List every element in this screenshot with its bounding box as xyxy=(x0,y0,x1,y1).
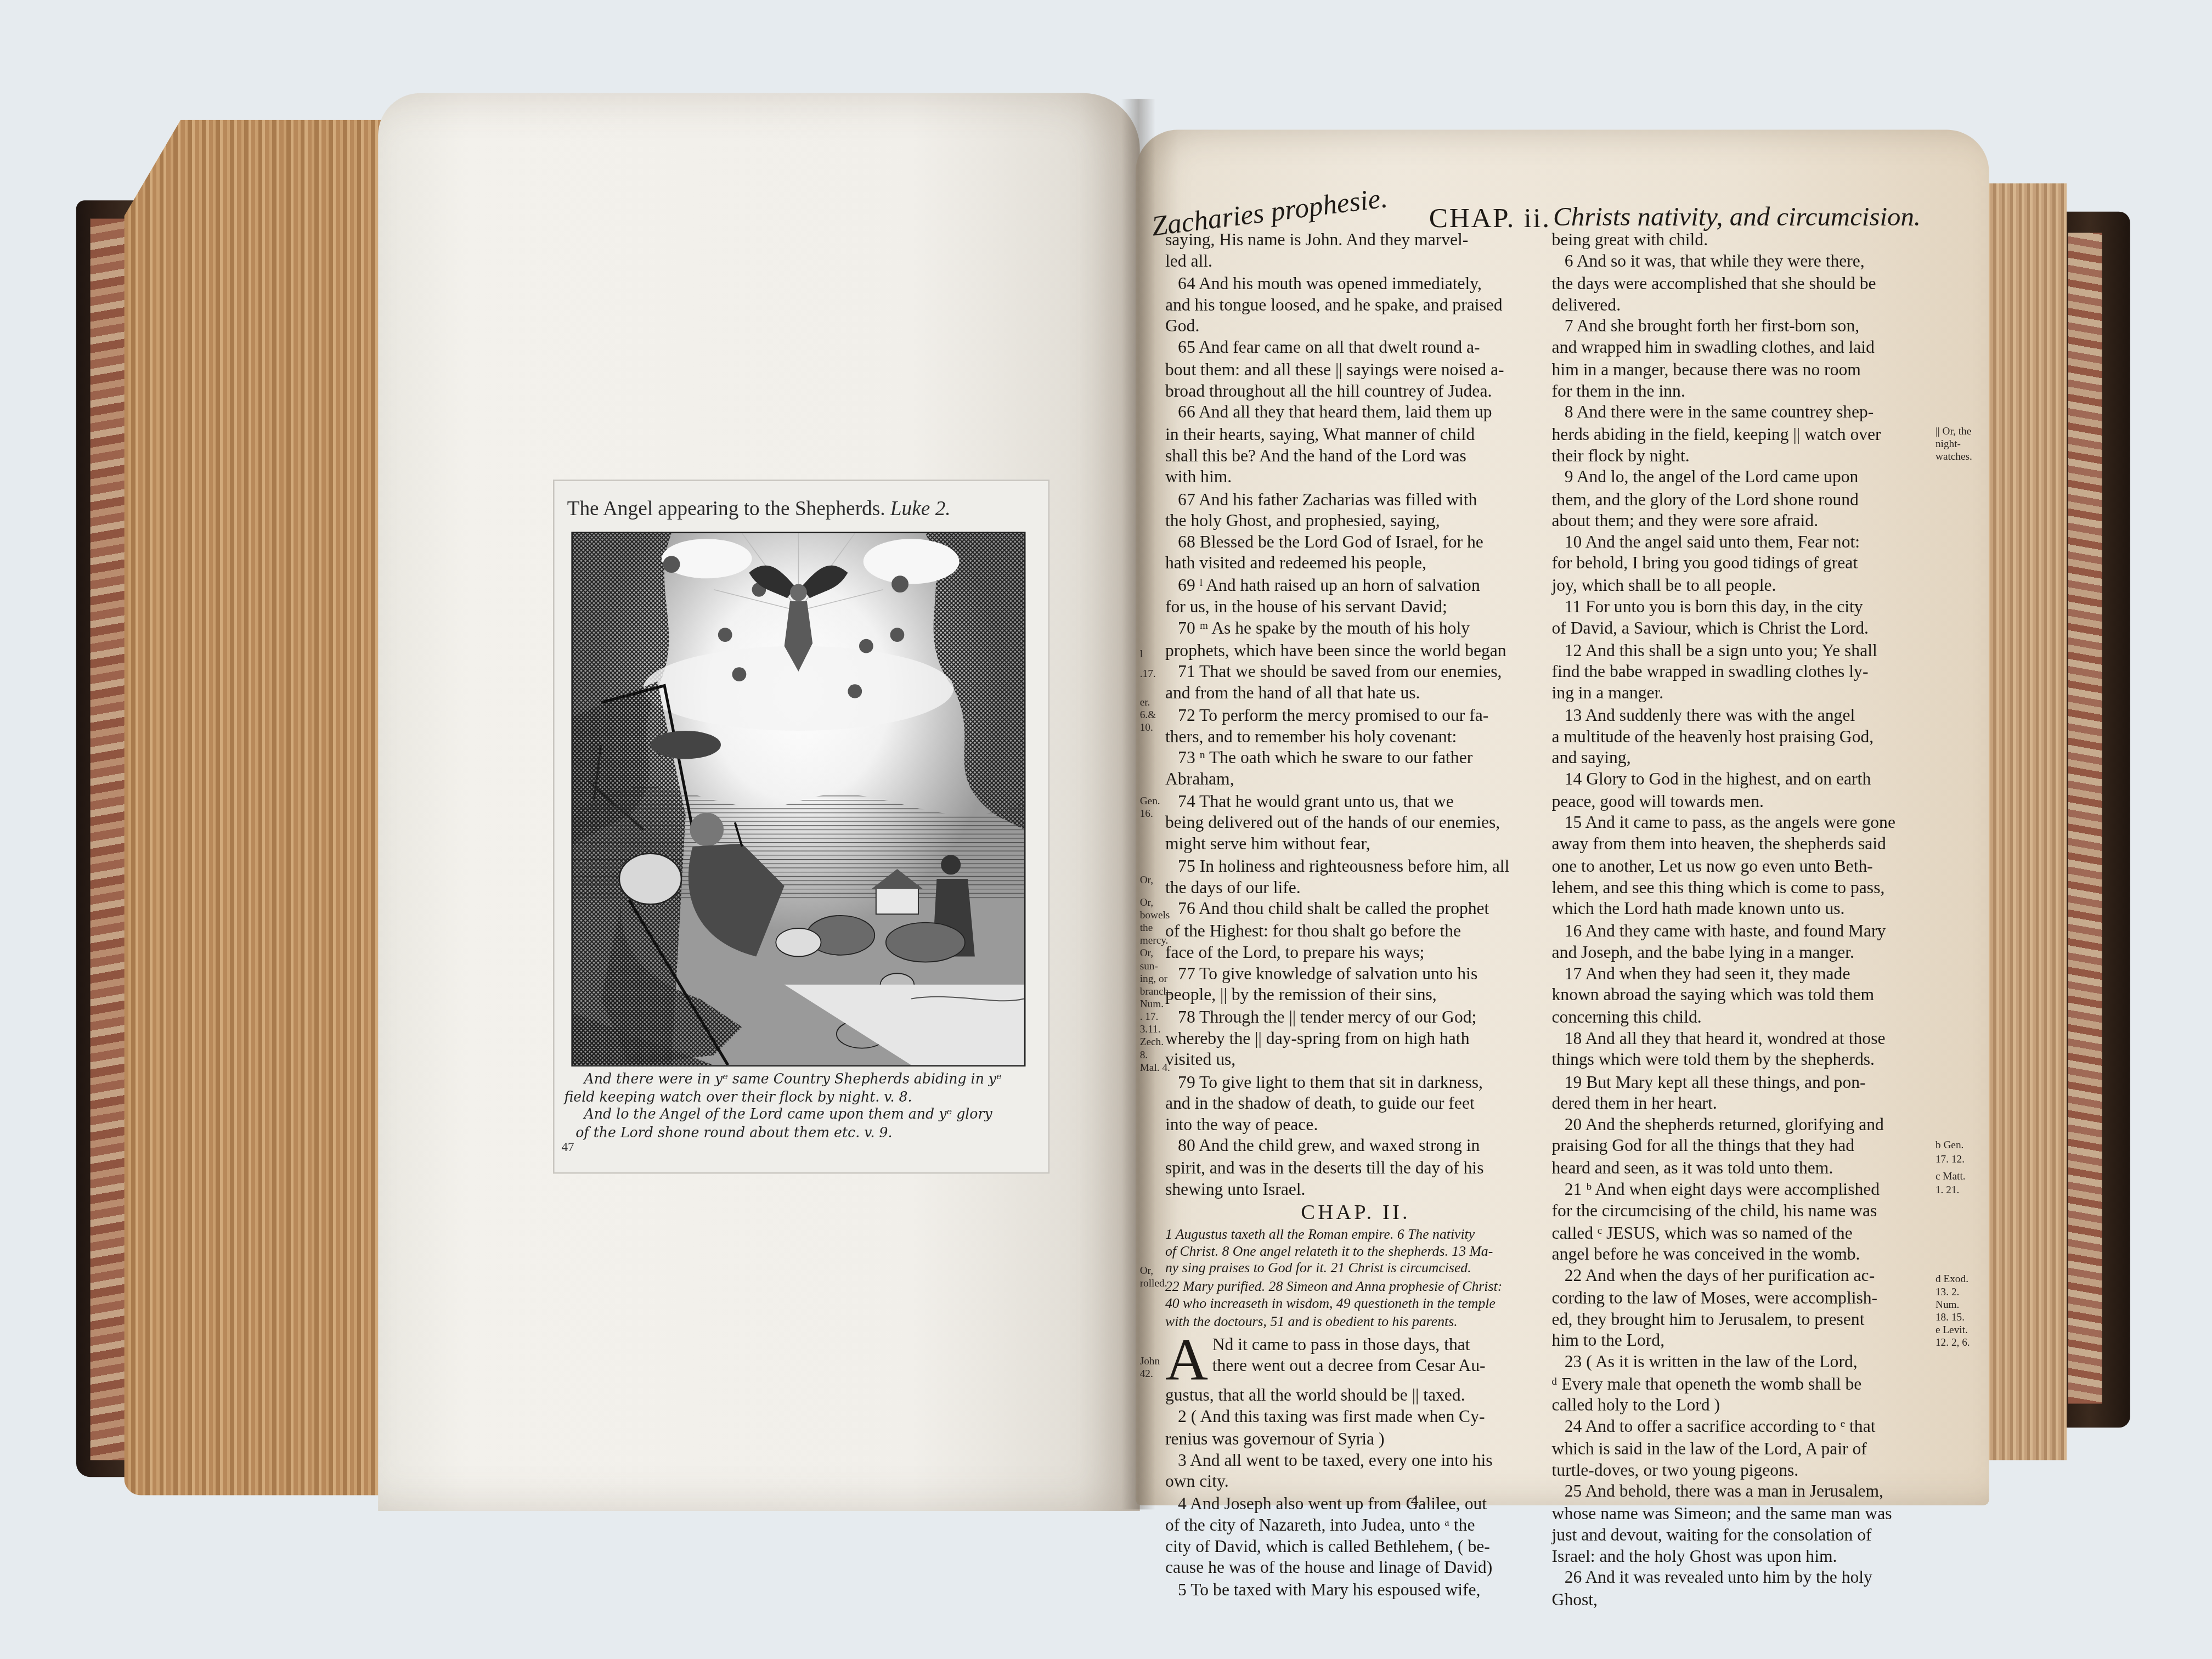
verse-line: broad throughout all the hill countrey o… xyxy=(1165,381,1546,402)
verse-line: saying, His name is John. And they marve… xyxy=(1165,230,1546,251)
summary-line: ny sing praises to God for it. 21 Christ… xyxy=(1165,1262,1546,1279)
plate-title: The Angel appearing to the Shepherds. Lu… xyxy=(567,498,1033,522)
verse-line: angel before he was conceived in the wom… xyxy=(1552,1244,1933,1266)
verse-line: ed, they brought him to Jerusalem, to pr… xyxy=(1552,1309,1933,1330)
margin-note: 10. xyxy=(1140,723,1153,735)
verses-luke-1-end: saying, His name is John. And they marve… xyxy=(1165,230,1546,1201)
margin-note: bowels xyxy=(1140,910,1170,922)
verse-line: delivered. xyxy=(1552,295,1933,316)
verse-line: known abroad the saying which was told t… xyxy=(1552,985,1933,1007)
verse-line: Israel: and the holy Ghost was upon him. xyxy=(1552,1547,1933,1568)
verse-line: them, and the glory of the Lord shone ro… xyxy=(1552,489,1933,510)
caption-line: field keeping watch over their flock by … xyxy=(565,1090,1037,1107)
verse-line: 21 ᵇ And when eight days were accomplish… xyxy=(1552,1180,1933,1201)
engraving-angel-appearing-to-shepherds xyxy=(571,532,1025,1066)
verse-line: 4 And Joseph also went up from Galilee, … xyxy=(1165,1493,1546,1515)
margin-note: . 17. xyxy=(1140,1012,1159,1024)
margin-note: Num. xyxy=(1936,1299,1959,1311)
verse-line: the holy Ghost, and prophesied, saying, xyxy=(1165,510,1546,532)
verse-line: 15 And it came to pass, as the angels we… xyxy=(1552,812,1933,834)
margin-note: Num. xyxy=(1140,999,1164,1011)
verse-line: and Joseph, and the babe lying in a mang… xyxy=(1552,942,1933,963)
caption-line: And lo the Angel of the Lord came upon t… xyxy=(565,1108,1037,1125)
engraving-illustration xyxy=(573,533,1024,1065)
margin-note: the xyxy=(1140,923,1153,935)
margin-note: Zech. xyxy=(1140,1037,1164,1049)
margin-note: ing, or xyxy=(1140,973,1167,985)
verse-line: of David, a Saviour, which is Christ the… xyxy=(1552,618,1933,640)
verse-line: spirit, and was in the deserts till the … xyxy=(1165,1158,1546,1180)
verse-line: there went out a decree from Cesar Au- xyxy=(1165,1356,1546,1378)
verse-line: into the way of peace. xyxy=(1165,1115,1546,1136)
margin-note: Or, xyxy=(1140,874,1153,887)
margin-note: mercy. xyxy=(1140,935,1169,947)
text-column-left: saying, His name is John. And they marve… xyxy=(1165,230,1546,1601)
margin-note: e Levit. xyxy=(1936,1325,1968,1337)
verse-line: ing in a manger. xyxy=(1552,683,1933,704)
verse-line: 8 And there were in the same countrey sh… xyxy=(1552,403,1933,424)
margin-note: night- xyxy=(1936,439,1961,451)
verse-line: for behold, I bring you good tidings of … xyxy=(1552,554,1933,575)
verse-line: 10 And the angel said unto them, Fear no… xyxy=(1552,532,1933,554)
verse-line: 71 That we should be saved from our enem… xyxy=(1165,662,1546,683)
page-number: 4 xyxy=(1410,1493,1418,1510)
verse-line: 65 And fear came on all that dwelt round… xyxy=(1165,338,1546,359)
verse-line: in their hearts, saying, What manner of … xyxy=(1165,424,1546,445)
verse-line: herds abiding in the field, keeping || w… xyxy=(1552,424,1933,445)
verse-line: bout them: and all these || sayings were… xyxy=(1165,359,1546,381)
verse-line: which is said in the law of the Lord, A … xyxy=(1552,1438,1933,1460)
verse-line: 6 And so it was, that while they were th… xyxy=(1552,251,1933,273)
verse-line: about them; and they were sore afraid. xyxy=(1552,510,1933,532)
verse-line: 2 ( And this taxing was first made when … xyxy=(1165,1407,1546,1429)
verse-line: Nd it came to pass in those days, that xyxy=(1165,1335,1546,1356)
verse-line: find the babe wrapped in swadling clothe… xyxy=(1552,662,1933,683)
verse-line: and from the hand of all that hate us. xyxy=(1165,683,1546,704)
verse-line: heard and seen, as it was told unto them… xyxy=(1552,1158,1933,1180)
verse-line: gustus, that all the world should be || … xyxy=(1165,1385,1546,1407)
verse-line: 78 Through the || tender mercy of our Go… xyxy=(1165,1007,1546,1028)
margin-note: Or, xyxy=(1140,897,1153,909)
summary-line: of Christ. 8 One angel relateth it to th… xyxy=(1165,1244,1546,1262)
verse-line: 74 That he would grant unto us, that we xyxy=(1165,791,1546,812)
verse-line: 23 ( As it is written in the law of the … xyxy=(1552,1352,1933,1374)
verses-luke-2-cont: being great with child.6 And so it was, … xyxy=(1552,230,1933,1611)
verse-line: 13 And suddenly there was with the angel xyxy=(1552,704,1933,726)
verse-line: peace, good will towards men. xyxy=(1552,791,1933,812)
margin-note: 17. 12. xyxy=(1936,1154,1965,1166)
margin-note: 16. xyxy=(1140,808,1153,820)
verse-line: turtle-doves, or two young pigeons. xyxy=(1552,1460,1933,1481)
verse-line: 66 And all they that heard them, laid th… xyxy=(1165,403,1546,424)
verse-line: for the circumcising of the child, his n… xyxy=(1552,1201,1933,1222)
verse-line: the days of our life. xyxy=(1165,877,1546,899)
margin-note: er. xyxy=(1140,697,1150,709)
verse-line: a multitude of the heavenly host praisin… xyxy=(1552,726,1933,748)
verse-line: might serve him without fear, xyxy=(1165,834,1546,856)
verse-line: 14 Glory to God in the highest, and on e… xyxy=(1552,769,1933,791)
verse-line: and his tongue loosed, and he spake, and… xyxy=(1165,295,1546,316)
verse-line: 18 And all they that heard it, wondred a… xyxy=(1552,1029,1933,1050)
chapter-heading: CHAP. II. xyxy=(1165,1201,1546,1227)
verse-line: 73 ⁿ The oath which he sware to our fath… xyxy=(1165,748,1546,769)
verse-line: God. xyxy=(1165,316,1546,337)
verse-line: him to the Lord, xyxy=(1552,1330,1933,1352)
verse-line: 79 To give light to them that sit in dar… xyxy=(1165,1071,1546,1093)
verse-line: 11 For unto you is born this day, in the… xyxy=(1552,597,1933,618)
margin-note: Gen. xyxy=(1140,795,1160,808)
verse-line: whose name was Simeon; and the same man … xyxy=(1552,1503,1933,1525)
verses-luke-2-start: gustus, that all the world should be || … xyxy=(1165,1385,1546,1601)
margin-note: 8. xyxy=(1140,1049,1148,1062)
verse-line: 25 And behold, there was a man in Jerusa… xyxy=(1552,1482,1933,1503)
verse-line: lehem, and see this thing which is come … xyxy=(1552,877,1933,899)
verse-line: renius was governour of Syria ) xyxy=(1165,1429,1546,1450)
verse-line: which the Lord hath made known unto us. xyxy=(1552,899,1933,921)
verse-line: and wrapped him in swadling clothes, and… xyxy=(1552,338,1933,359)
margin-note: branch. xyxy=(1140,986,1171,998)
verse-line: 72 To perform the mercy promised to our … xyxy=(1165,704,1546,726)
verse-line: just and devout, waiting for the consola… xyxy=(1552,1525,1933,1546)
verse-line: him in a manger, because there was no ro… xyxy=(1552,359,1933,381)
verse-line: led all. xyxy=(1165,251,1546,273)
margin-note: l xyxy=(1140,649,1143,661)
text-column-right: being great with child.6 And so it was, … xyxy=(1552,230,1933,1611)
verse-line: 80 And the child grew, and waxed strong … xyxy=(1165,1136,1546,1158)
verse-line: Ghost, xyxy=(1552,1589,1933,1611)
verse-line: 76 And thou child shalt be called the pr… xyxy=(1165,899,1546,921)
verse-line: 20 And the shepherds returned, glorifyin… xyxy=(1552,1115,1933,1136)
verse-line: ᵈ Every male that openeth the womb shall… xyxy=(1552,1374,1933,1395)
verse-line: praising God for all the things that the… xyxy=(1552,1136,1933,1158)
book-photo: The Angel appearing to the Shepherds. Lu… xyxy=(0,0,2212,1659)
page-block-fore-edge-left xyxy=(124,120,381,1496)
verse-line: for them in the inn. xyxy=(1552,381,1933,402)
verse-line: shall this be? And the hand of the Lord … xyxy=(1165,445,1546,467)
verse-line: Abraham, xyxy=(1165,769,1546,791)
marbled-endpaper-right xyxy=(2068,233,2102,1403)
margin-note: 18. 15. xyxy=(1936,1312,1965,1324)
verse-line: away from them into heaven, the shepherd… xyxy=(1552,834,1933,856)
verse-line: 69 ˡ And hath raised up an horn of salva… xyxy=(1165,575,1546,596)
verse-line: being great with child. xyxy=(1552,230,1933,251)
page-block-fore-edge-right xyxy=(1982,183,2067,1460)
summary-line: 40 who increaseth in wisdom, 49 question… xyxy=(1165,1297,1546,1314)
verse-line: for us, in the house of his servant Davi… xyxy=(1165,597,1546,618)
verse-line: with him. xyxy=(1165,467,1546,489)
verse-line: joy, which shall be to all people. xyxy=(1552,575,1933,596)
verse-line: being delivered out of the hands of our … xyxy=(1165,812,1546,834)
verse-line: called ᶜ JESUS, which was so named of th… xyxy=(1552,1223,1933,1244)
margin-note: 42. xyxy=(1140,1368,1153,1380)
verse-line: hath visited and redeemed his people, xyxy=(1165,554,1546,575)
margin-note: || Or, the xyxy=(1936,426,1971,438)
verse-line: cause he was of the house and linage of … xyxy=(1165,1558,1546,1579)
verse-line: visited us, xyxy=(1165,1050,1546,1071)
verse-line: city of David, which is called Bethlehem… xyxy=(1165,1537,1546,1558)
verse-line: cording to the law of Moses, were accomp… xyxy=(1552,1288,1933,1309)
margin-note: Or, xyxy=(1140,948,1153,960)
verse-line: 77 To give knowledge of salvation unto h… xyxy=(1165,964,1546,985)
caption-line: of the Lord shone round about them etc. … xyxy=(565,1125,1037,1143)
verse-line: 5 To be taxed with Mary his espoused wif… xyxy=(1165,1579,1546,1601)
margin-note: b Gen. xyxy=(1936,1140,1963,1152)
margin-note: 6.& xyxy=(1140,709,1156,721)
verse-line: their flock by night. xyxy=(1552,445,1933,467)
verse-line: thers, and to remember his holy covenant… xyxy=(1165,726,1546,748)
caption-line: And there were in yᵉ same Country Shephe… xyxy=(565,1072,1037,1090)
verse-line: 26 And it was revealed unto him by the h… xyxy=(1552,1568,1933,1589)
verse-line: called holy to the Lord ) xyxy=(1552,1395,1933,1417)
verse-line: 19 But Mary kept all these things, and p… xyxy=(1552,1071,1933,1093)
verse-line: people, || by the remission of their sin… xyxy=(1165,985,1546,1007)
verse-line: 12 And this shall be a sign unto you; Ye… xyxy=(1552,640,1933,661)
margin-note: 13. 2. xyxy=(1936,1286,1959,1299)
margin-note: 12. 2, 6. xyxy=(1936,1338,1970,1350)
verse-line: of the Highest: for thou shalt go before… xyxy=(1165,921,1546,942)
verse-line: one to another, Let us now go even unto … xyxy=(1552,856,1933,877)
chapter-opening: A Nd it came to pass in those days, that… xyxy=(1165,1335,1546,1378)
verse-line: 75 In holiness and righteousness before … xyxy=(1165,856,1546,877)
verse-line: 7 And she brought forth her first-born s… xyxy=(1552,316,1933,337)
verse-line: 9 And lo, the angel of the Lord came upo… xyxy=(1552,467,1933,489)
plate-number: 47 xyxy=(561,1140,574,1154)
verse-line: dered them in her heart. xyxy=(1552,1093,1933,1115)
summary-line: with the doctours, 51 and is obedient to… xyxy=(1165,1314,1546,1332)
chapter-summary: 1 Augustus taxeth all the Roman empire. … xyxy=(1165,1227,1546,1331)
margin-note: John xyxy=(1140,1356,1160,1368)
verse-line: the days were accomplished that she shou… xyxy=(1552,273,1933,295)
verse-line: 64 And his mouth was opened immediately, xyxy=(1165,273,1546,295)
verse-line: 22 And when the days of her purification… xyxy=(1552,1266,1933,1287)
verse-line: whereby the || day-spring from on high h… xyxy=(1165,1029,1546,1050)
margin-note: c Matt. xyxy=(1936,1171,1966,1183)
summary-line: 22 Mary purified. 28 Simeon and Anna pro… xyxy=(1165,1279,1546,1297)
verse-line: 17 And when they had seen it, they made xyxy=(1552,964,1933,985)
verse-line: prophets, which have been since the worl… xyxy=(1165,640,1546,661)
verse-line: shewing unto Israel. xyxy=(1165,1180,1546,1201)
drop-cap: A xyxy=(1165,1338,1208,1385)
margin-note: Mal. 4. xyxy=(1140,1062,1170,1074)
plate-caption: And there were in yᵉ same Country Shephe… xyxy=(565,1072,1037,1143)
plate-title-text: The Angel appearing to the Shepherds. xyxy=(567,498,885,521)
margin-note: Or, xyxy=(1140,1266,1153,1278)
verse-line: 67 And his father Zacharias was filled w… xyxy=(1165,489,1546,510)
verse-line: and saying, xyxy=(1552,748,1933,769)
verse-line: own city. xyxy=(1165,1472,1546,1493)
marbled-endpaper-left xyxy=(91,219,130,1460)
margin-note: sun- xyxy=(1140,961,1158,973)
margin-note: rolled. xyxy=(1140,1278,1167,1290)
verse-line: 70 ᵐ As he spake by the mouth of his hol… xyxy=(1165,618,1546,640)
margin-note: 1. 21. xyxy=(1936,1185,1959,1197)
verse-line: concerning this child. xyxy=(1552,1007,1933,1028)
verse-line: 24 And to offer a sacrifice according to… xyxy=(1552,1417,1933,1438)
summary-line: 1 Augustus taxeth all the Roman empire. … xyxy=(1165,1227,1546,1244)
verse-line: 16 And they came with haste, and found M… xyxy=(1552,921,1933,942)
plate-title-reference: Luke 2. xyxy=(890,498,951,521)
verse-line: of the city of Nazareth, into Judea, unt… xyxy=(1165,1515,1546,1536)
verse-line: and in the shadow of death, to guide our… xyxy=(1165,1093,1546,1115)
margin-note: 3.11. xyxy=(1140,1024,1161,1036)
verse-line: face of the Lord, to prepare his ways; xyxy=(1165,942,1546,963)
margin-note: .17. xyxy=(1140,669,1156,681)
verse-line: things which were told them by the sheph… xyxy=(1552,1050,1933,1071)
verse-line: 68 Blessed be the Lord God of Israel, fo… xyxy=(1165,532,1546,554)
margin-note: d Exod. xyxy=(1936,1274,1968,1286)
margin-note: watches. xyxy=(1936,452,1972,464)
verse-line: 3 And all went to be taxed, every one in… xyxy=(1165,1450,1546,1471)
